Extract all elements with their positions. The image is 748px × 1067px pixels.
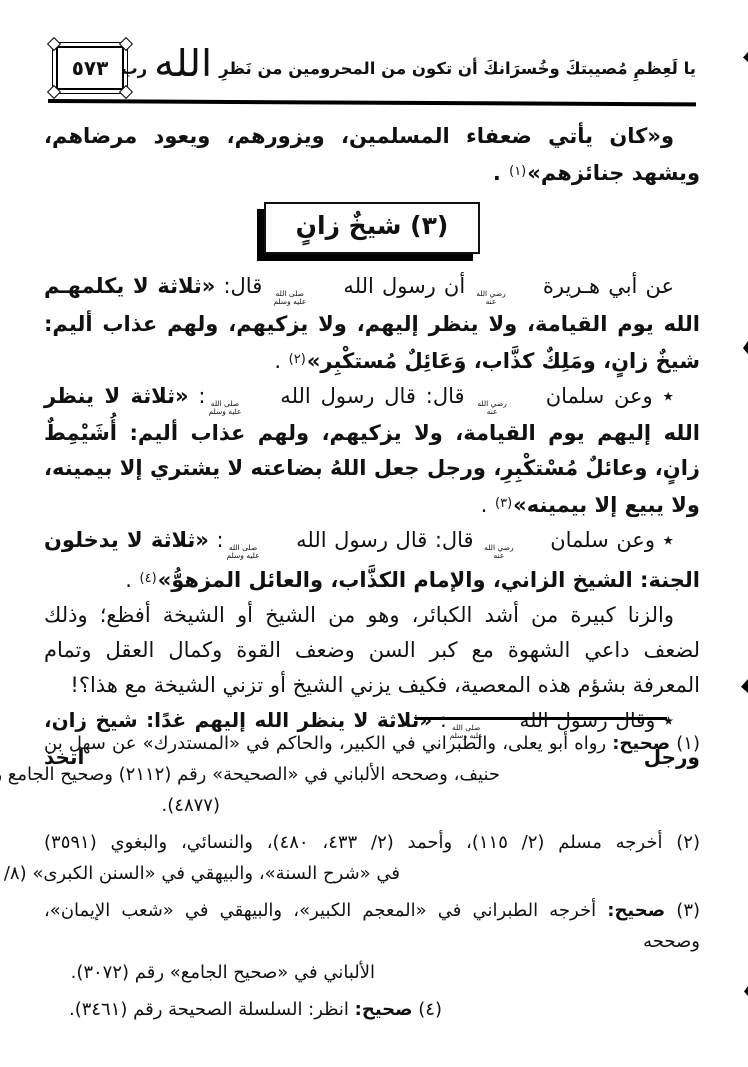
ornament-knot bbox=[47, 37, 61, 51]
page-header: يا لَعِظمِ مُصيبتكَ وخُسرَانكَ أن تكون م… bbox=[52, 36, 696, 100]
scan-artifact-mark bbox=[744, 986, 748, 996]
footnote-line: (٣) صحيح: أخرجه الطبراني في «المعجم الكب… bbox=[44, 895, 700, 957]
footnote-line: حنيف، وصححه الألباني في «الصحيحة» رقم (٢… bbox=[44, 759, 500, 790]
footnote-line: (٤٨٧٧). bbox=[44, 790, 220, 821]
body-paragraph: ٭ وعن سلمان رضي اللهعنه قال: قال رسول ال… bbox=[44, 379, 700, 524]
radiallahu-anhu-symbol: رضي اللهعنه bbox=[484, 544, 540, 561]
footnote: (٢) أخرجه مسلم (٢/ ١١٥)، وأحمد (٢/ ٤٣٣، … bbox=[44, 827, 700, 889]
radiallahu-anhu-symbol: رضي اللهعنه bbox=[476, 290, 532, 307]
saw-honorific-symbol: صلى اللهعليه وسلم bbox=[208, 400, 267, 417]
footnotes-section: (١) صحيح: رواه أبو يعلى، والطبراني في ال… bbox=[44, 728, 700, 1031]
footnote-line: (٤) صحيح: انظر: السلسلة الصحيحة رقم (٣٤٦… bbox=[44, 994, 442, 1025]
footnote: (٤) صحيح: انظر: السلسلة الصحيحة رقم (٣٤٦… bbox=[44, 994, 700, 1025]
book-page: يا لَعِظمِ مُصيبتكَ وخُسرَانكَ أن تكون م… bbox=[0, 0, 748, 1067]
footnote-line: الألباني في «صحيح الجامع» رقم (٣٠٧٢). bbox=[44, 957, 375, 988]
page-number: ٥٧٣ bbox=[72, 56, 109, 80]
saw-honorific-symbol: صلى اللهعليه وسلم bbox=[227, 544, 286, 561]
footnote-line: في «شرح السنة»، والبيهقي في «السنن الكبر… bbox=[44, 858, 400, 889]
saw-honorific-symbol: صلى اللهعليه وسلم bbox=[273, 290, 332, 307]
body-paragraph: و«كان يأتي ضعفاء المسلمين، ويزورهم، ويعو… bbox=[44, 119, 700, 191]
scan-artifact-mark bbox=[743, 341, 748, 354]
ornament-knot bbox=[47, 85, 61, 99]
footnote: (١) صحيح: رواه أبو يعلى، والطبراني في ال… bbox=[44, 728, 700, 821]
page-number-cartouche: ٥٧٣ bbox=[56, 46, 124, 90]
footnote: (٣) صحيح: أخرجه الطبراني في «المعجم الكب… bbox=[44, 895, 700, 988]
section-heading-box: (٣) شيخٌ زانٍ bbox=[264, 202, 480, 254]
body-paragraph: عن أبي هـريرة رضي اللهعنه أن رسول الله ص… bbox=[44, 269, 700, 379]
page-body: و«كان يأتي ضعفاء المسلمين، ويزورهم، ويعو… bbox=[44, 119, 700, 775]
footnote-ref: (٤) bbox=[140, 571, 157, 586]
scan-artifact-mark bbox=[743, 52, 748, 62]
running-head: يا لَعِظمِ مُصيبتكَ وخُسرَانكَ أن تكون م… bbox=[124, 48, 696, 88]
section-heading: (٣) شيخٌ زانٍ bbox=[296, 211, 449, 240]
footnote-ref: (٢) bbox=[289, 352, 306, 367]
footnote-ref: (١) bbox=[509, 164, 526, 179]
running-head-text: يا لَعِظمِ مُصيبتكَ وخُسرَانكَ أن تكون م… bbox=[219, 59, 696, 78]
body-paragraph: والزنا كبيرة من أشد الكبائر، وهو من الشي… bbox=[44, 598, 700, 703]
radiallahu-anhu-symbol: رضي اللهعنه bbox=[477, 400, 533, 417]
allah-calligraphy: الله bbox=[154, 48, 212, 83]
footnote-line: (١) صحيح: رواه أبو يعلى، والطبراني في ال… bbox=[44, 728, 700, 759]
footnote-ref: (٣) bbox=[495, 496, 512, 511]
body-paragraph: ٭ وعن سلمان رضي اللهعنه قال: قال رسول ال… bbox=[44, 523, 700, 598]
scan-artifact-mark bbox=[741, 679, 748, 693]
footnote-separator bbox=[415, 717, 667, 720]
header-rule bbox=[48, 99, 696, 106]
footnote-line: (٢) أخرجه مسلم (٢/ ١١٥)، وأحمد (٢/ ٤٣٣، … bbox=[44, 827, 700, 858]
running-head-suffix: رب العالمين bbox=[124, 59, 147, 78]
